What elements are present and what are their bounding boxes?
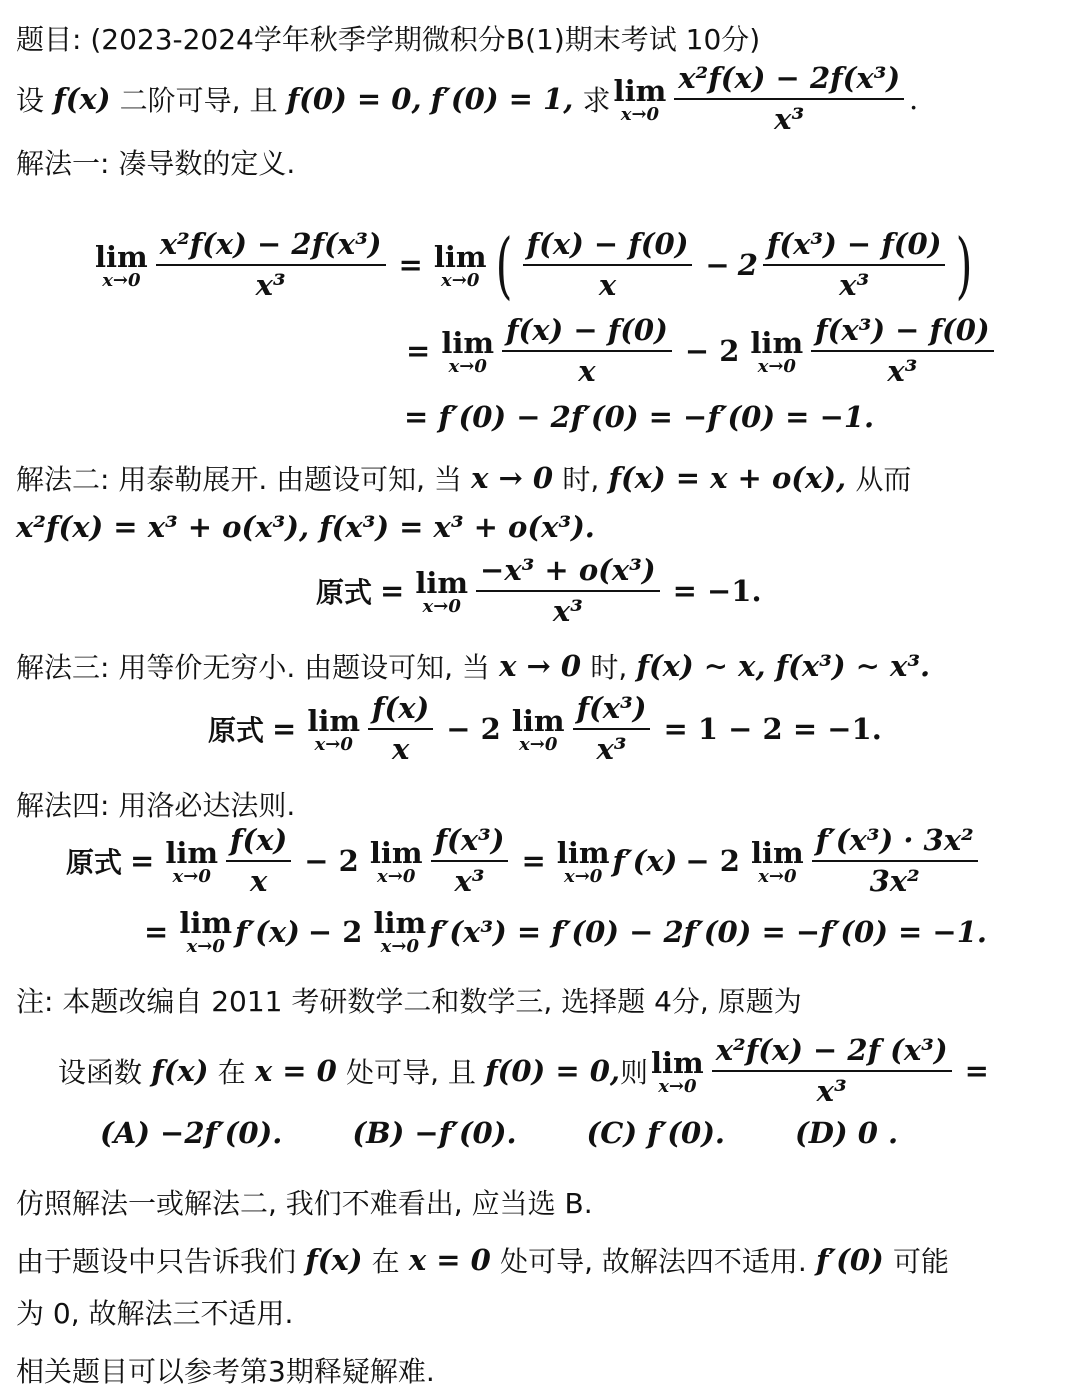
- method3-line1: 解法三: 用等价无穷小. 由题设可知, 当 x → 0 时, f(x) ∼ x,…: [16, 646, 930, 686]
- original-question: 设函数 f(x) 在 x = 0 处可导, 且 f(0) = 0, 则 limx…: [58, 1034, 997, 1109]
- method4-row1: 原式 = limx→0 f(x)x − 2 limx→0 f(x³)x³ = l…: [66, 824, 983, 899]
- choice-b: (B) −f′(0).: [352, 1116, 516, 1150]
- method2-result: 原式 = limx→0 −x³ + o(x³)x³ = −1.: [316, 554, 770, 629]
- problem-title: 题目: (2023-2024学年秋季学期微积分B(1)期末考试 10分): [16, 18, 760, 58]
- problem-ask: 求: [583, 79, 611, 119]
- method2-line1: 解法二: 用泰勒展开. 由题设可知, 当 x → 0 时, f(x) = x +…: [16, 458, 911, 498]
- limit-operator: limx→0: [614, 74, 667, 125]
- method3-result: 原式 = limx→0 f(x)x − 2 limx→0 f(x³)x³ = 1…: [208, 692, 890, 767]
- problem-prefix: 设: [16, 79, 44, 119]
- method4-row2: = limx→0 f′(x) − 2 limx→0 f′(x³) = f′(0)…: [136, 906, 987, 957]
- note-text: 注: 本题改编自 2011 考研数学二和数学三, 选择题 4分, 原题为: [16, 980, 802, 1020]
- method1-row3: = f′(0) − 2f′(0) = −f′(0) = −1.: [404, 400, 874, 434]
- reference-note: 相关题目可以参考第3期释疑解难.: [16, 1350, 435, 1390]
- method1-row2: = limx→0 f(x) − f(0)x − 2 limx→0 f(x³) −…: [398, 314, 999, 389]
- problem-fp0: f′(0) = 1,: [431, 82, 574, 116]
- problem-statement: 设 f(x) 二阶可导, 且 f(0) = 0, f′(0) = 1, 求 li…: [16, 62, 918, 137]
- method1-heading: 解法一: 凑导数的定义.: [16, 142, 295, 182]
- problem-fraction: x²f(x) − 2f(x³)x³: [674, 62, 904, 137]
- choice-d: (D) 0 .: [795, 1116, 898, 1150]
- method1-row1: limx→0 x²f(x) − 2f(x³)x³ = limx→0 ( f(x)…: [92, 228, 979, 303]
- problem-cond: 二阶可导, 且: [120, 79, 278, 119]
- problem-fx: f(x): [53, 82, 110, 116]
- conclusion-2: 由于题设中只告诉我们 f(x) 在 x = 0 处可导, 故解法四不适用. f′…: [16, 1240, 949, 1280]
- problem-f0: f(0) = 0,: [287, 82, 422, 116]
- choice-c: (C) f′(0).: [587, 1116, 725, 1150]
- answer-choices: (A) −2f′(0). (B) −f′(0). (C) f′(0). (D) …: [100, 1116, 968, 1150]
- conclusion-2-line2: 为 0, 故解法三不适用.: [16, 1292, 293, 1332]
- conclusion-1: 仿照解法一或解法二, 我们不难看出, 应当选 B.: [16, 1182, 593, 1222]
- choice-a: (A) −2f′(0).: [100, 1116, 282, 1150]
- method4-heading: 解法四: 用洛必达法则.: [16, 784, 295, 824]
- method2-line2: x²f(x) = x³ + o(x³), f(x³) = x³ + o(x³).: [16, 510, 595, 544]
